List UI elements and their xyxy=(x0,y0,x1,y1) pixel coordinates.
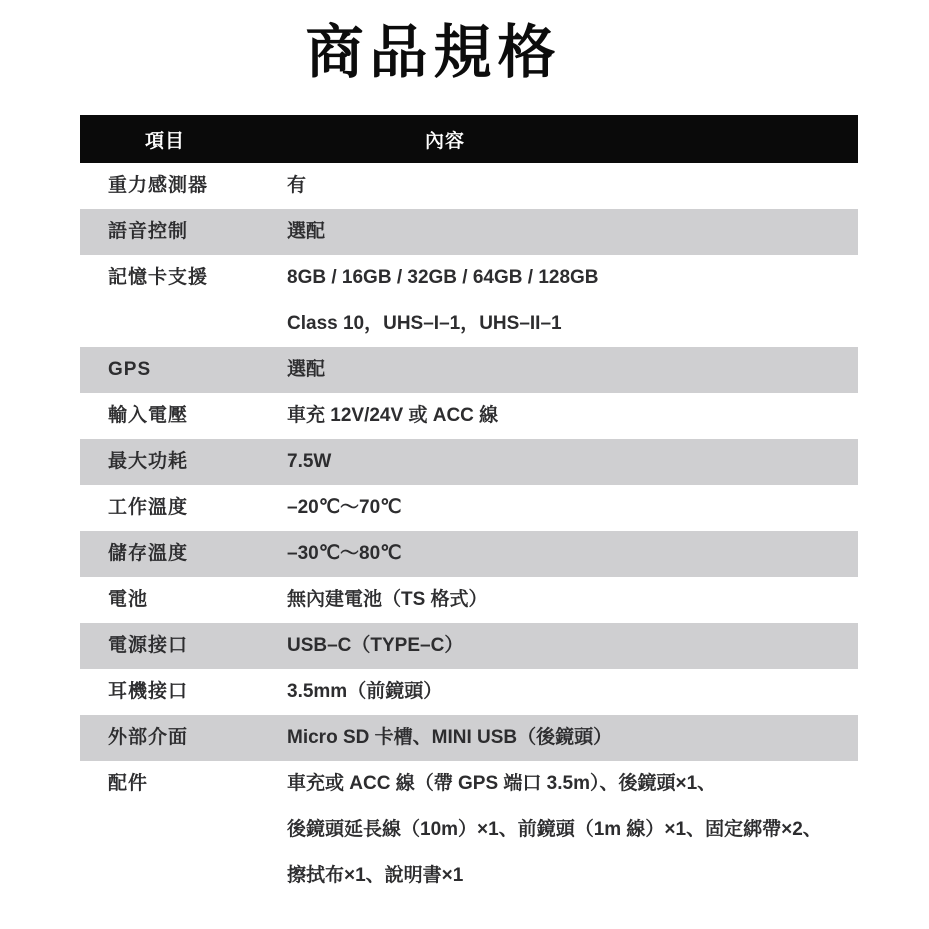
row-label: 電池 xyxy=(80,577,287,623)
row-label: 耳機接口 xyxy=(80,669,287,715)
row-label: 電源接口 xyxy=(80,623,287,669)
row-value-line: 7.5W xyxy=(287,439,858,485)
row-value: USB–C（TYPE–C） xyxy=(287,623,858,669)
row-value-line: 車充或 ACC 線（帶 GPS 端口 3.5m）、後鏡頭×1、 xyxy=(287,761,858,807)
row-label: GPS xyxy=(80,347,287,393)
table-row-gps: GPS 選配 xyxy=(80,347,858,393)
table-row-input-voltage: 輸入電壓 車充 12V/24V 或 ACC 線 xyxy=(80,393,858,439)
row-label: 重力感測器 xyxy=(80,163,287,209)
table-header-row: 項目 內容 xyxy=(80,115,858,163)
table-row-accessories: 配件 車充或 ACC 線（帶 GPS 端口 3.5m）、後鏡頭×1、 後鏡頭延長… xyxy=(80,761,858,899)
row-value-line: 車充 12V/24V 或 ACC 線 xyxy=(287,393,858,439)
header-content-label: 內容 xyxy=(287,126,858,153)
table-row-max-power: 最大功耗 7.5W xyxy=(80,439,858,485)
row-value-line: 後鏡頭延長線（10m）×1、前鏡頭（1m 線）×1、固定綁帶×2、 xyxy=(287,807,858,853)
table-row-memory-card: 記憶卡支援 8GB / 16GB / 32GB / 64GB / 128GB C… xyxy=(80,255,858,347)
table-row-operating-temp: 工作溫度 –20℃～70℃ xyxy=(80,485,858,531)
row-label: 語音控制 xyxy=(80,209,287,255)
row-label: 記憶卡支援 xyxy=(80,255,287,347)
table-row-storage-temp: 儲存溫度 –30℃～80℃ xyxy=(80,531,858,577)
spec-table: 項目 內容 重力感測器 有 語音控制 選配 記憶卡支援 8GB / 16GB /… xyxy=(80,115,858,899)
row-value-line: –30℃～80℃ xyxy=(287,531,858,577)
table-row-external-interface: 外部介面 Micro SD 卡槽、MINI USB（後鏡頭） xyxy=(80,715,858,761)
row-label: 配件 xyxy=(80,761,287,899)
row-value: 有 xyxy=(287,163,858,209)
table-row-headphone-port: 耳機接口 3.5mm（前鏡頭） xyxy=(80,669,858,715)
row-value: Micro SD 卡槽、MINI USB（後鏡頭） xyxy=(287,715,858,761)
row-value: 7.5W xyxy=(287,439,858,485)
row-value: 3.5mm（前鏡頭） xyxy=(287,669,858,715)
row-value: 車充 12V/24V 或 ACC 線 xyxy=(287,393,858,439)
row-label: 最大功耗 xyxy=(80,439,287,485)
row-value: 無內建電池（TS 格式） xyxy=(287,577,858,623)
row-value: 8GB / 16GB / 32GB / 64GB / 128GB Class 1… xyxy=(287,255,858,347)
row-value-line: Micro SD 卡槽、MINI USB（後鏡頭） xyxy=(287,715,858,761)
table-row-gravity-sensor: 重力感測器 有 xyxy=(80,163,858,209)
row-value: 車充或 ACC 線（帶 GPS 端口 3.5m）、後鏡頭×1、 後鏡頭延長線（1… xyxy=(287,761,858,899)
row-value: 選配 xyxy=(287,347,858,393)
row-value: –30℃～80℃ xyxy=(287,531,858,577)
row-label: 儲存溫度 xyxy=(80,531,287,577)
row-label: 外部介面 xyxy=(80,715,287,761)
header-item-label: 項目 xyxy=(80,126,287,153)
row-value-line: 選配 xyxy=(287,347,858,393)
row-value-line: 3.5mm（前鏡頭） xyxy=(287,669,858,715)
row-value-line: 無內建電池（TS 格式） xyxy=(287,577,858,623)
page-title: 商品規格 xyxy=(0,10,929,96)
row-label: 輸入電壓 xyxy=(80,393,287,439)
row-value-line: USB–C（TYPE–C） xyxy=(287,623,858,669)
row-label: 工作溫度 xyxy=(80,485,287,531)
row-value-line: 選配 xyxy=(287,209,858,255)
table-row-power-port: 電源接口 USB–C（TYPE–C） xyxy=(80,623,858,669)
table-row-battery: 電池 無內建電池（TS 格式） xyxy=(80,577,858,623)
row-value-line: 8GB / 16GB / 32GB / 64GB / 128GB xyxy=(287,255,858,301)
row-value-line: Class 10，UHS–I–1，UHS–II–1 xyxy=(287,301,858,347)
row-value-line: 有 xyxy=(287,163,858,209)
row-value-line: 擦拭布×1、說明書×1 xyxy=(287,853,858,899)
table-row-voice-control: 語音控制 選配 xyxy=(80,209,858,255)
row-value-line: –20℃～70℃ xyxy=(287,485,858,531)
row-value: –20℃～70℃ xyxy=(287,485,858,531)
row-value: 選配 xyxy=(287,209,858,255)
